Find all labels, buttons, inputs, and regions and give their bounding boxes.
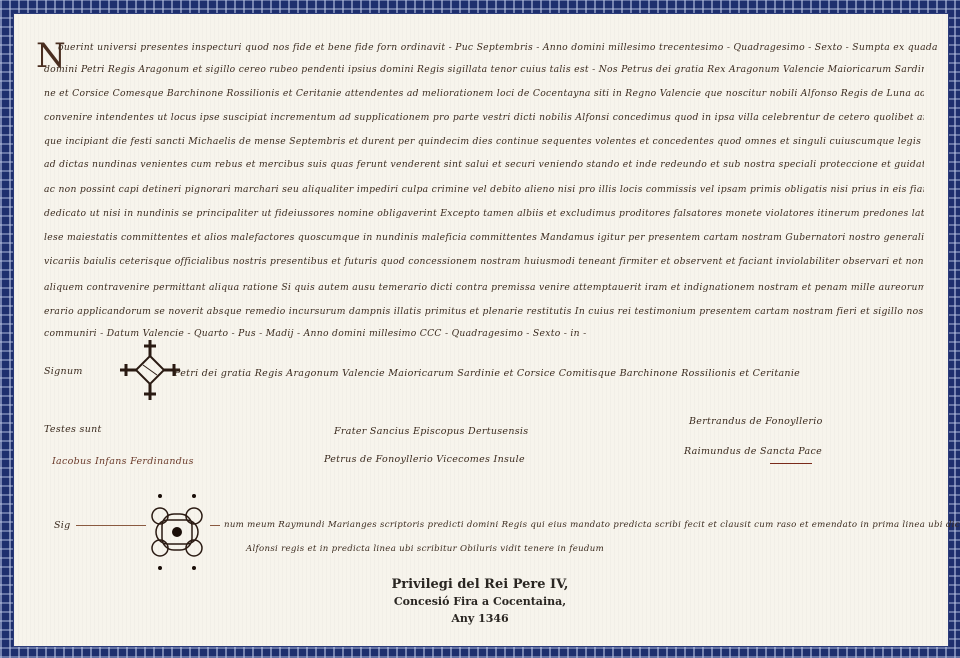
charter-line: ad dictas nundinas venientes cum rebus e…: [44, 159, 924, 170]
charter-line: erario applicandorum se noverit absque r…: [44, 306, 924, 317]
notary-text-line-2: Alfonsi regis et in predicta linea ubi s…: [246, 544, 604, 554]
underline: [770, 463, 812, 464]
charter-line: ac non possint capi detineri pignorari m…: [44, 184, 924, 195]
caption-subtitle: Concesió Fira a Cocentaina,: [380, 593, 580, 610]
charter-line: dedicato ut nisi in nundinis se principa…: [44, 208, 924, 219]
signum-label: Signum: [44, 366, 83, 377]
charter-line: convenire intendentes ut locus ipse susc…: [44, 112, 924, 123]
connector-line: [76, 525, 146, 526]
notary-sig-label: Sig: [54, 520, 71, 531]
document-caption: Privilegi del Rei Pere IV, Concesió Fira…: [380, 576, 580, 627]
signum-text: Petri dei gratia Regis Aragonum Valencie…: [174, 368, 800, 379]
caption-title: Privilegi del Rei Pere IV,: [380, 576, 580, 593]
caption-year: Any 1346: [380, 610, 580, 627]
witness-center-2: Petrus de Fonoyllerio Vicecomes Insule: [324, 454, 525, 465]
charter-line: ouerint universi presentes inspecturi qu…: [58, 42, 938, 53]
witness-left-1: Testes sunt: [44, 424, 102, 435]
charter-line: lese maiestatis committentes et alios ma…: [44, 232, 924, 243]
witness-right-1: Bertrandus de Fonoyllerio: [689, 416, 823, 427]
parchment-document: N ouerint universi presentes inspecturi …: [13, 13, 949, 647]
witness-left-2: Iacobus Infans Ferdinandus: [52, 456, 194, 467]
charter-line: ne et Corsice Comesque Barchinone Rossil…: [44, 88, 924, 99]
notary-knot-sign-icon: [142, 492, 212, 572]
charter-line: aliquem contravenire permittant aliqua r…: [44, 282, 924, 293]
notary-text-line-1: num meum Raymundi Marianges scriptoris p…: [224, 520, 960, 530]
connector-line-right: [210, 525, 220, 526]
charter-line: domini Petri Regis Aragonum et sigillo c…: [44, 64, 924, 75]
witness-right-2: Raimundus de Sancta Pace: [684, 446, 822, 457]
witness-center-1: Frater Sancius Episcopus Dertusensis: [334, 426, 528, 437]
charter-line: que incipiant die festi sancti Michaelis…: [44, 136, 924, 147]
charter-line: vicariis baiulis ceterisque officialibus…: [44, 256, 924, 267]
